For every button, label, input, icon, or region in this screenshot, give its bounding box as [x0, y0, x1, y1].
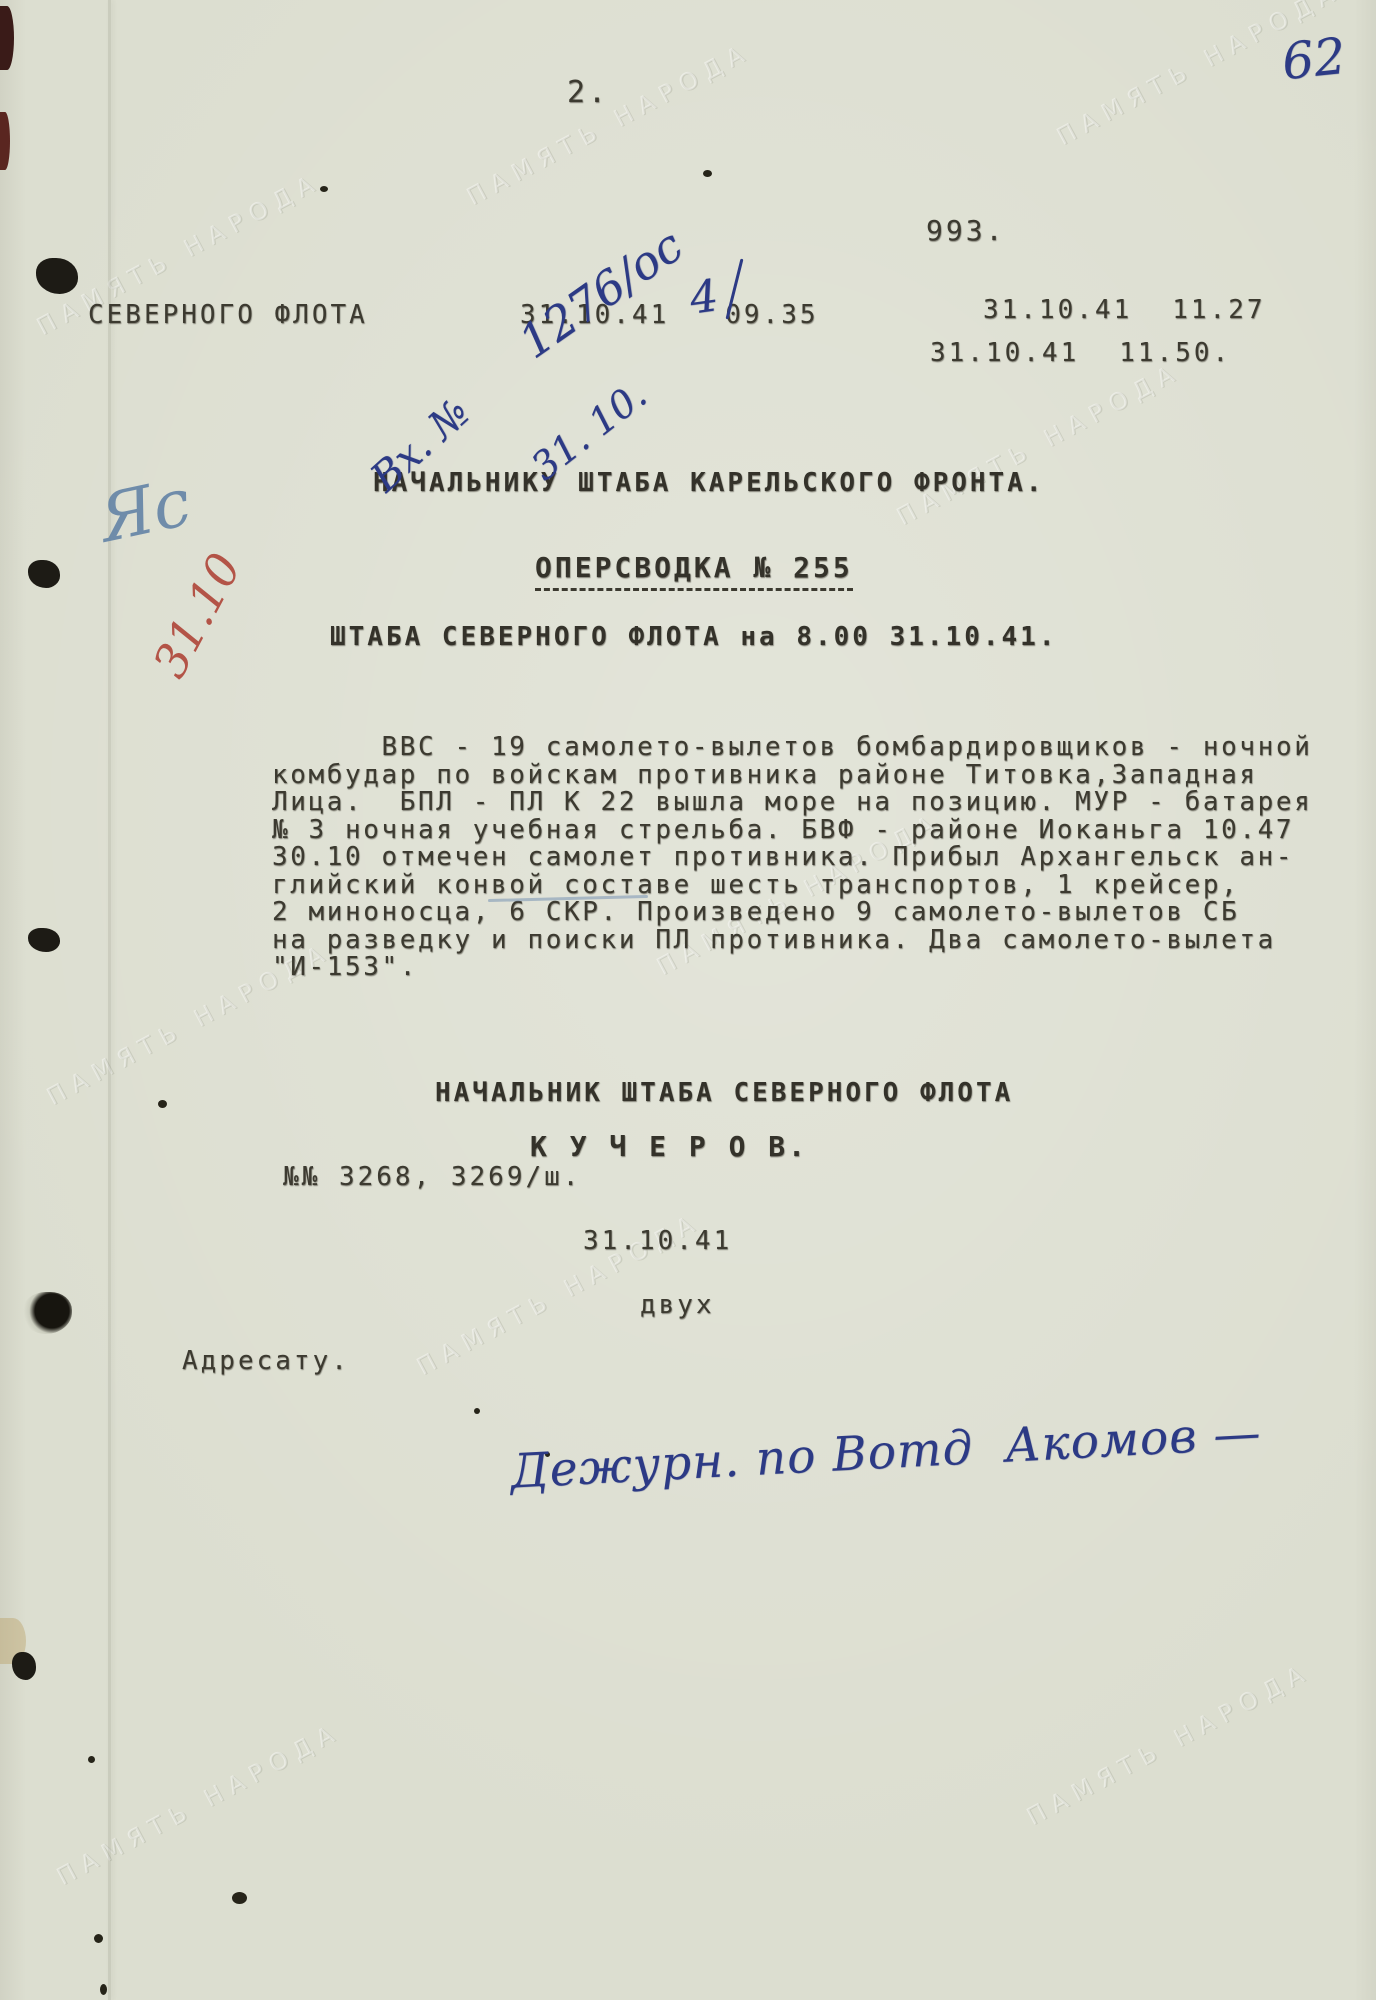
addressee-line: НАЧАЛЬНИКУ ШТАБА КАРЕЛЬСКОГО ФРОНТА.	[373, 468, 1045, 498]
document-title: ОПЕРСВОДКА № 255	[535, 553, 853, 591]
red-pencil-date: 31.10	[142, 544, 252, 686]
scan-edge-stain	[0, 112, 10, 170]
body-paragraph: ВВС - 19 самолето-вылетов бомбардировщик…	[272, 734, 1362, 982]
transmission-2-date: 31.10.41	[930, 338, 1079, 368]
ink-speck	[158, 1100, 167, 1108]
ink-speck	[88, 1756, 95, 1763]
incoming-number-handwritten: 1276/ос	[509, 218, 692, 369]
ink-blot	[12, 1652, 36, 1680]
watermark-text: ПАМЯТЬ НАРОДА	[1022, 1657, 1316, 1831]
transmission-1-time: 11.27	[1172, 295, 1265, 325]
overlay-digit-handwritten: 4	[687, 270, 722, 324]
watermark-text: ПАМЯТЬ НАРОДА	[462, 37, 756, 211]
signature-title: НАЧАЛЬНИК ШТАБА СЕВЕРНОГО ФЛОТА	[435, 1078, 1013, 1108]
sender-line: СЕВЕРНОГО ФЛОТА	[88, 300, 368, 330]
ink-speck	[100, 1984, 107, 1995]
ink-speck	[474, 1408, 480, 1414]
watermark-text: ПАМЯТЬ НАРОДА	[52, 1717, 346, 1891]
copies-note: двух	[640, 1290, 715, 1320]
received-time: 09.35	[725, 300, 818, 330]
document-subtitle: ШТАБА СЕВЕРНОГО ФЛОТА на 8.00 31.10.41.	[330, 622, 1057, 652]
ink-speck	[232, 1892, 247, 1904]
outgoing-numbers: №№ 3268, 3269/ш.	[283, 1162, 581, 1192]
date-line: 31.10.41	[583, 1226, 732, 1256]
document-scan: ПАМЯТЬ НАРОДА ПАМЯТЬ НАРОДА ПАМЯТЬ НАРОД…	[0, 0, 1376, 2000]
punch-hole	[22, 1292, 72, 1334]
reference-number: 993.	[926, 216, 1005, 246]
duty-officer-signature: Дежурн. по Вотд Акомов —	[509, 1405, 1263, 1499]
ink-speck	[703, 170, 712, 177]
ink-blot	[28, 928, 60, 952]
transmission-2-time: 11.50.	[1119, 338, 1231, 368]
ink-speck	[94, 1934, 103, 1943]
delivery-note: Адресату.	[182, 1346, 350, 1376]
ink-blot	[28, 560, 60, 588]
scan-edge-stain	[0, 6, 14, 70]
transmission-1-date: 31.10.41	[983, 295, 1132, 325]
watermark-text: ПАМЯТЬ НАРОДА	[892, 357, 1186, 531]
page-number: 2.	[567, 78, 609, 108]
folio-number-handwritten: 62	[1279, 27, 1348, 91]
transmission-line-1: 31.10.4111.27	[983, 295, 1266, 325]
ink-blot	[36, 258, 78, 294]
ink-speck	[320, 186, 328, 192]
signature-name: К У Ч Е Р О В.	[530, 1132, 808, 1162]
transmission-line-2: 31.10.4111.50.	[930, 338, 1231, 368]
